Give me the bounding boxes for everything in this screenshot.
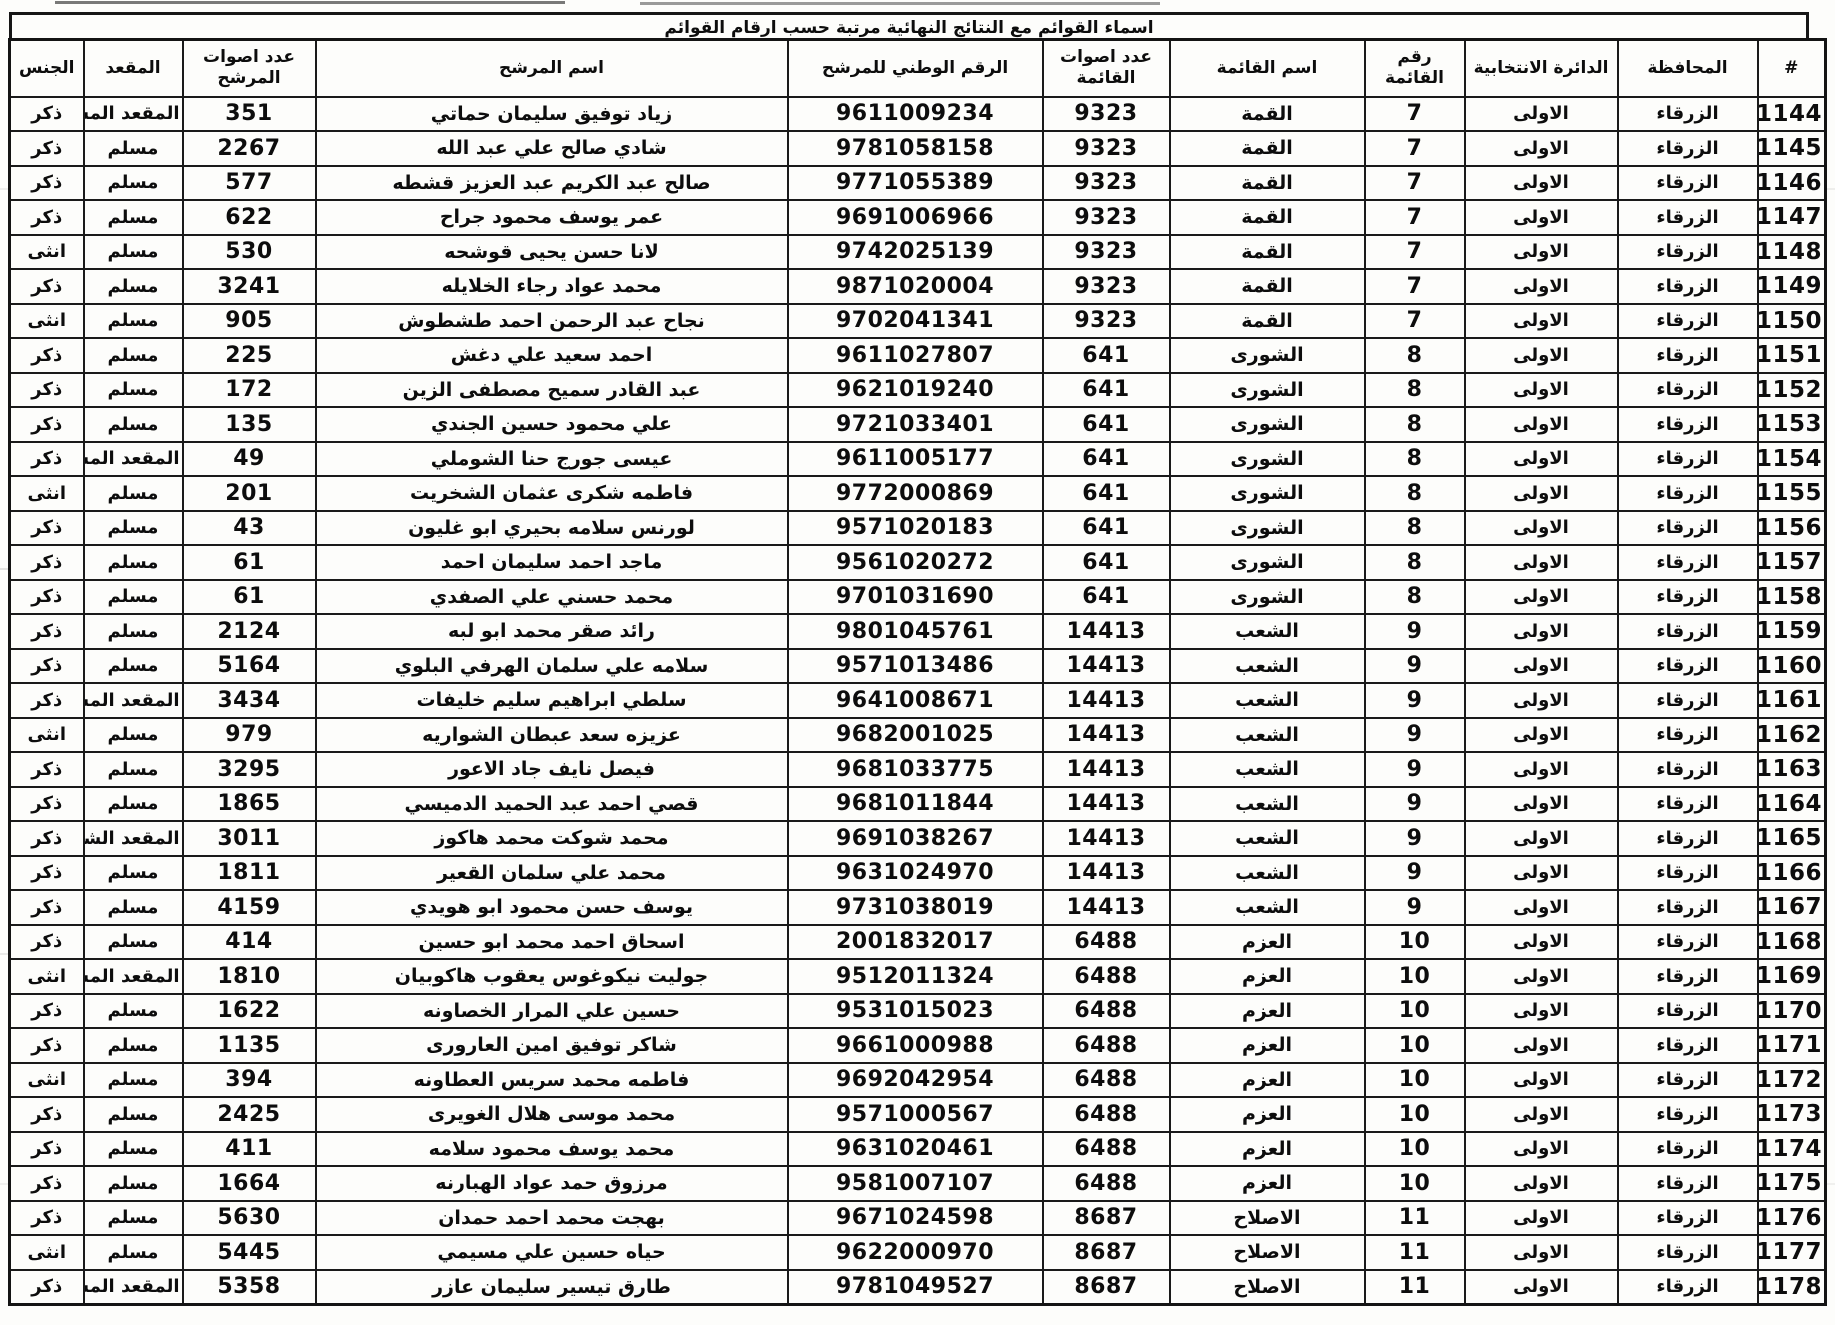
cell-nid: 9692042954 bbox=[788, 1063, 1043, 1098]
cell-seat: مسلم bbox=[84, 269, 183, 304]
cell-seat: مسلم bbox=[84, 649, 183, 684]
cell-num: 1161 bbox=[1758, 683, 1826, 718]
cell-gender: انثى bbox=[10, 959, 84, 994]
cell-seat: مسلم bbox=[84, 338, 183, 373]
cell-gov: الزرقاء bbox=[1618, 649, 1758, 684]
cell-list_no: 9 bbox=[1365, 718, 1465, 753]
cell-district: الاولى bbox=[1465, 373, 1618, 408]
cell-district: الاولى bbox=[1465, 718, 1618, 753]
cell-votes: 905 bbox=[183, 304, 316, 339]
cell-votes: 3241 bbox=[183, 269, 316, 304]
cell-num: 1172 bbox=[1758, 1063, 1826, 1098]
cell-gender: ذكر bbox=[10, 856, 84, 891]
cell-list_name: الشورى bbox=[1170, 442, 1365, 477]
cell-district: الاولى bbox=[1465, 131, 1618, 166]
cell-name: علي محمود حسين الجندي bbox=[316, 407, 788, 442]
cell-list_no: 11 bbox=[1365, 1235, 1465, 1270]
cell-seat: مسلم bbox=[84, 787, 183, 822]
table-row: 1151الزرقاءالاولى8الشورى6419611027807احم… bbox=[10, 338, 1826, 373]
cell-list_name: الشعب bbox=[1170, 752, 1365, 787]
cell-nid: 9512011324 bbox=[788, 959, 1043, 994]
cell-district: الاولى bbox=[1465, 304, 1618, 339]
cell-num: 1163 bbox=[1758, 752, 1826, 787]
cell-district: الاولى bbox=[1465, 338, 1618, 373]
cell-name: فيصل نايف جاد الاعور bbox=[316, 752, 788, 787]
cell-district: الاولى bbox=[1465, 200, 1618, 235]
cell-votes: 201 bbox=[183, 476, 316, 511]
cell-nid: 9611027807 bbox=[788, 338, 1043, 373]
cell-votes: 43 bbox=[183, 511, 316, 546]
cell-seat: مسلم bbox=[84, 545, 183, 580]
col-header-gov: المحافظة bbox=[1618, 40, 1758, 97]
cell-seat: مسلم bbox=[84, 1132, 183, 1167]
cell-num: 1164 bbox=[1758, 787, 1826, 822]
cell-votes: 3011 bbox=[183, 821, 316, 856]
cell-list_name: القمة bbox=[1170, 235, 1365, 270]
cell-gov: الزرقاء bbox=[1618, 959, 1758, 994]
cell-district: الاولى bbox=[1465, 787, 1618, 822]
cell-nid: 9561020272 bbox=[788, 545, 1043, 580]
cell-gender: ذكر bbox=[10, 442, 84, 477]
cell-district: الاولى bbox=[1465, 890, 1618, 925]
table-body: 1144الزرقاءالاولى7القمة93239611009234زيا… bbox=[10, 97, 1826, 1305]
cell-list_name: القمة bbox=[1170, 304, 1365, 339]
cell-list_name: القمة bbox=[1170, 269, 1365, 304]
cell-gov: الزرقاء bbox=[1618, 683, 1758, 718]
cell-list_name: القمة bbox=[1170, 166, 1365, 201]
cell-num: 1160 bbox=[1758, 649, 1826, 684]
cell-votes: 394 bbox=[183, 1063, 316, 1098]
cell-list_votes: 641 bbox=[1043, 338, 1170, 373]
cell-seat: مسلم bbox=[84, 890, 183, 925]
cell-list_votes: 6488 bbox=[1043, 925, 1170, 960]
cell-list_name: الشورى bbox=[1170, 580, 1365, 615]
cell-district: الاولى bbox=[1465, 1132, 1618, 1167]
cell-list_no: 10 bbox=[1365, 1097, 1465, 1132]
cell-list_no: 9 bbox=[1365, 890, 1465, 925]
cell-name: شاكر توفيق امين العارورى bbox=[316, 1028, 788, 1063]
cell-list_votes: 9323 bbox=[1043, 200, 1170, 235]
cell-district: الاولى bbox=[1465, 442, 1618, 477]
cell-gender: ذكر bbox=[10, 407, 84, 442]
cell-list_votes: 6488 bbox=[1043, 959, 1170, 994]
cell-list_votes: 14413 bbox=[1043, 821, 1170, 856]
table-row: 1157الزرقاءالاولى8الشورى6419561020272ماج… bbox=[10, 545, 1826, 580]
cell-list_votes: 6488 bbox=[1043, 1166, 1170, 1201]
cell-list_no: 10 bbox=[1365, 925, 1465, 960]
cell-list_name: الشعب bbox=[1170, 787, 1365, 822]
table-row: 1169الزرقاءالاولى10العزم64889512011324جو… bbox=[10, 959, 1826, 994]
cell-votes: 172 bbox=[183, 373, 316, 408]
cell-seat: مسلم bbox=[84, 1166, 183, 1201]
cell-district: الاولى bbox=[1465, 166, 1618, 201]
cell-gov: الزرقاء bbox=[1618, 1235, 1758, 1270]
cell-name: عبد القادر سميح مصطفى الزين bbox=[316, 373, 788, 408]
cell-list_no: 10 bbox=[1365, 959, 1465, 994]
cell-district: الاولى bbox=[1465, 1097, 1618, 1132]
cell-list_name: الشعب bbox=[1170, 614, 1365, 649]
cell-district: الاولى bbox=[1465, 580, 1618, 615]
cell-gender: انثى bbox=[10, 718, 84, 753]
cell-num: 1173 bbox=[1758, 1097, 1826, 1132]
cell-list_no: 9 bbox=[1365, 787, 1465, 822]
table-row: 1177الزرقاءالاولى11الاصلاح86879622000970… bbox=[10, 1235, 1826, 1270]
cell-gov: الزرقاء bbox=[1618, 476, 1758, 511]
cell-list_no: 9 bbox=[1365, 856, 1465, 891]
cell-name: جوليت نيكوغوس يعقوب هاكوبيان bbox=[316, 959, 788, 994]
cell-list_name: العزم bbox=[1170, 1063, 1365, 1098]
cell-gov: الزرقاء bbox=[1618, 442, 1758, 477]
cell-list_name: الاصلاح bbox=[1170, 1235, 1365, 1270]
cell-district: الاولى bbox=[1465, 1270, 1618, 1305]
cell-list_no: 8 bbox=[1365, 373, 1465, 408]
cell-list_name: الشورى bbox=[1170, 511, 1365, 546]
cell-list_name: العزم bbox=[1170, 1028, 1365, 1063]
cell-num: 1168 bbox=[1758, 925, 1826, 960]
cell-votes: 49 bbox=[183, 442, 316, 477]
cell-nid: 2001832017 bbox=[788, 925, 1043, 960]
cell-seat: مسلم bbox=[84, 718, 183, 753]
cell-list_name: العزم bbox=[1170, 1097, 1365, 1132]
cell-list_votes: 9323 bbox=[1043, 131, 1170, 166]
cell-list_votes: 6488 bbox=[1043, 994, 1170, 1029]
table-row: 1162الزرقاءالاولى9الشعب144139682001025عز… bbox=[10, 718, 1826, 753]
cell-name: محمد حسني علي الصفدي bbox=[316, 580, 788, 615]
cell-seat: مسلم bbox=[84, 580, 183, 615]
cell-name: ماجد احمد سليمان احمد bbox=[316, 545, 788, 580]
cell-gov: الزرقاء bbox=[1618, 614, 1758, 649]
cell-list_no: 9 bbox=[1365, 821, 1465, 856]
table-row: 1149الزرقاءالاولى7القمة93239871020004محم… bbox=[10, 269, 1826, 304]
cell-votes: 5445 bbox=[183, 1235, 316, 1270]
cell-nid: 9702041341 bbox=[788, 304, 1043, 339]
cell-votes: 577 bbox=[183, 166, 316, 201]
cell-gender: ذكر bbox=[10, 269, 84, 304]
cell-list_votes: 6488 bbox=[1043, 1063, 1170, 1098]
table-row: 1168الزرقاءالاولى10العزم64882001832017اس… bbox=[10, 925, 1826, 960]
cell-votes: 61 bbox=[183, 580, 316, 615]
cell-list_no: 8 bbox=[1365, 476, 1465, 511]
cell-list_votes: 14413 bbox=[1043, 787, 1170, 822]
cell-votes: 2425 bbox=[183, 1097, 316, 1132]
cell-gov: الزرقاء bbox=[1618, 718, 1758, 753]
cell-nid: 9622000970 bbox=[788, 1235, 1043, 1270]
table-row: 1178الزرقاءالاولى11الاصلاح86879781049527… bbox=[10, 1270, 1826, 1305]
table-row: 1176الزرقاءالاولى11الاصلاح86879671024598… bbox=[10, 1201, 1826, 1236]
cell-list_no: 7 bbox=[1365, 304, 1465, 339]
cell-seat: مسلم bbox=[84, 856, 183, 891]
cell-gender: ذكر bbox=[10, 1132, 84, 1167]
col-header-list_name: اسم القائمة bbox=[1170, 40, 1365, 97]
cell-num: 1149 bbox=[1758, 269, 1826, 304]
cell-seat: مسلم bbox=[84, 1097, 183, 1132]
cell-gov: الزرقاء bbox=[1618, 752, 1758, 787]
cell-list_name: العزم bbox=[1170, 1166, 1365, 1201]
cell-votes: 5164 bbox=[183, 649, 316, 684]
cell-list_name: الشعب bbox=[1170, 683, 1365, 718]
cell-nid: 9691006966 bbox=[788, 200, 1043, 235]
cell-seat: مسلم bbox=[84, 200, 183, 235]
cell-list_votes: 8687 bbox=[1043, 1235, 1170, 1270]
cell-list_name: الشعب bbox=[1170, 856, 1365, 891]
cell-gender: ذكر bbox=[10, 821, 84, 856]
cell-gender: ذكر bbox=[10, 580, 84, 615]
cell-nid: 9771055389 bbox=[788, 166, 1043, 201]
cell-votes: 2267 bbox=[183, 131, 316, 166]
cell-district: الاولى bbox=[1465, 511, 1618, 546]
cell-list_name: الشورى bbox=[1170, 545, 1365, 580]
cell-gender: ذكر bbox=[10, 649, 84, 684]
cell-name: حياه حسين علي مسيمي bbox=[316, 1235, 788, 1270]
cell-list_name: القمة bbox=[1170, 97, 1365, 132]
cell-seat: مسلم bbox=[84, 131, 183, 166]
cell-list_no: 8 bbox=[1365, 545, 1465, 580]
cell-name: زياد توفيق سليمان حماتي bbox=[316, 97, 788, 132]
cell-list_no: 9 bbox=[1365, 649, 1465, 684]
table-row: 1145الزرقاءالاولى7القمة93239781058158شاد… bbox=[10, 131, 1826, 166]
cell-list_votes: 14413 bbox=[1043, 718, 1170, 753]
cell-num: 1166 bbox=[1758, 856, 1826, 891]
cell-district: الاولى bbox=[1465, 1063, 1618, 1098]
table-row: 1167الزرقاءالاولى9الشعب144139731038019يو… bbox=[10, 890, 1826, 925]
cell-nid: 9781058158 bbox=[788, 131, 1043, 166]
cell-list_votes: 641 bbox=[1043, 580, 1170, 615]
cell-num: 1165 bbox=[1758, 821, 1826, 856]
cell-seat: مسلم bbox=[84, 1201, 183, 1236]
cell-district: الاولى bbox=[1465, 994, 1618, 1029]
cell-list_no: 7 bbox=[1365, 200, 1465, 235]
table-row: 1159الزرقاءالاولى9الشعب144139801045761را… bbox=[10, 614, 1826, 649]
cell-name: عمر يوسف محمود جراح bbox=[316, 200, 788, 235]
cell-list_no: 9 bbox=[1365, 752, 1465, 787]
cell-seat: مسلم bbox=[84, 1235, 183, 1270]
cell-num: 1145 bbox=[1758, 131, 1826, 166]
cell-district: الاولى bbox=[1465, 235, 1618, 270]
cell-nid: 9681033775 bbox=[788, 752, 1043, 787]
cell-list_votes: 14413 bbox=[1043, 614, 1170, 649]
table-header: #المحافظةالدائرة الانتخابيةرقم القائمةاس… bbox=[10, 40, 1826, 97]
table-row: 1160الزرقاءالاولى9الشعب144139571013486سل… bbox=[10, 649, 1826, 684]
table-row: 1146الزرقاءالاولى7القمة93239771055389صال… bbox=[10, 166, 1826, 201]
table-row: 1171الزرقاءالاولى10العزم64889661000988شا… bbox=[10, 1028, 1826, 1063]
cell-list_no: 8 bbox=[1365, 511, 1465, 546]
cell-list_votes: 641 bbox=[1043, 511, 1170, 546]
cell-num: 1167 bbox=[1758, 890, 1826, 925]
cell-list_name: الشعب bbox=[1170, 718, 1365, 753]
cell-votes: 1865 bbox=[183, 787, 316, 822]
cell-num: 1159 bbox=[1758, 614, 1826, 649]
cell-name: يوسف حسن محمود ابو هويدي bbox=[316, 890, 788, 925]
cell-seat: المقعد المسيحي bbox=[84, 959, 183, 994]
cell-list_name: الاصلاح bbox=[1170, 1270, 1365, 1305]
cell-num: 1162 bbox=[1758, 718, 1826, 753]
table-row: 1173الزرقاءالاولى10العزم64889571000567مح… bbox=[10, 1097, 1826, 1132]
cell-nid: 9721033401 bbox=[788, 407, 1043, 442]
cell-list_name: الشورى bbox=[1170, 373, 1365, 408]
cell-votes: 414 bbox=[183, 925, 316, 960]
table-row: 1170الزرقاءالاولى10العزم64889531015023حس… bbox=[10, 994, 1826, 1029]
cell-seat: المقعد الشركسي bbox=[84, 821, 183, 856]
cell-nid: 9621019240 bbox=[788, 373, 1043, 408]
cell-gov: الزرقاء bbox=[1618, 407, 1758, 442]
cell-name: نجاح عبد الرحمن احمد طشطوش bbox=[316, 304, 788, 339]
cell-votes: 622 bbox=[183, 200, 316, 235]
cell-num: 1155 bbox=[1758, 476, 1826, 511]
cell-votes: 1135 bbox=[183, 1028, 316, 1063]
cell-nid: 9571013486 bbox=[788, 649, 1043, 684]
cell-list_name: القمة bbox=[1170, 200, 1365, 235]
cell-gender: انثى bbox=[10, 1063, 84, 1098]
cell-num: 1170 bbox=[1758, 994, 1826, 1029]
cell-name: بهجت محمد احمد حمدان bbox=[316, 1201, 788, 1236]
header-row: #المحافظةالدائرة الانتخابيةرقم القائمةاس… bbox=[10, 40, 1826, 97]
cell-gender: ذكر bbox=[10, 752, 84, 787]
cell-gov: الزرقاء bbox=[1618, 890, 1758, 925]
cell-district: الاولى bbox=[1465, 614, 1618, 649]
cell-num: 1154 bbox=[1758, 442, 1826, 477]
cell-gov: الزرقاء bbox=[1618, 373, 1758, 408]
cell-list_no: 10 bbox=[1365, 1063, 1465, 1098]
cell-name: طارق تيسير سليمان عازر bbox=[316, 1270, 788, 1305]
cell-gender: ذكر bbox=[10, 1270, 84, 1305]
cell-num: 1144 bbox=[1758, 97, 1826, 132]
cell-name: قصي احمد عبد الحميد الدميسي bbox=[316, 787, 788, 822]
cell-gov: الزرقاء bbox=[1618, 994, 1758, 1029]
cell-num: 1174 bbox=[1758, 1132, 1826, 1167]
cell-gender: ذكر bbox=[10, 373, 84, 408]
cell-nid: 9801045761 bbox=[788, 614, 1043, 649]
cell-gender: ذكر bbox=[10, 200, 84, 235]
cell-list_votes: 641 bbox=[1043, 442, 1170, 477]
cell-gov: الزرقاء bbox=[1618, 1201, 1758, 1236]
cell-nid: 9531015023 bbox=[788, 994, 1043, 1029]
cell-list_no: 10 bbox=[1365, 994, 1465, 1029]
cell-gender: ذكر bbox=[10, 994, 84, 1029]
cell-list_name: الشعب bbox=[1170, 649, 1365, 684]
scan-artifact-line bbox=[640, 2, 1160, 5]
cell-gender: ذكر bbox=[10, 787, 84, 822]
cell-num: 1169 bbox=[1758, 959, 1826, 994]
cell-votes: 1811 bbox=[183, 856, 316, 891]
cell-gender: ذكر bbox=[10, 1166, 84, 1201]
cell-seat: مسلم bbox=[84, 166, 183, 201]
cell-votes: 5630 bbox=[183, 1201, 316, 1236]
cell-list_votes: 641 bbox=[1043, 407, 1170, 442]
table-row: 1144الزرقاءالاولى7القمة93239611009234زيا… bbox=[10, 97, 1826, 132]
cell-list_name: العزم bbox=[1170, 994, 1365, 1029]
cell-gender: ذكر bbox=[10, 511, 84, 546]
cell-nid: 9631024970 bbox=[788, 856, 1043, 891]
cell-district: الاولى bbox=[1465, 476, 1618, 511]
cell-nid: 9682001025 bbox=[788, 718, 1043, 753]
cell-list_votes: 14413 bbox=[1043, 890, 1170, 925]
cell-name: لورنس سلامه بحيري ابو غليون bbox=[316, 511, 788, 546]
cell-list_name: الاصلاح bbox=[1170, 1201, 1365, 1236]
cell-name: محمد يوسف محمود سلامه bbox=[316, 1132, 788, 1167]
cell-list_votes: 14413 bbox=[1043, 649, 1170, 684]
cell-list_no: 11 bbox=[1365, 1201, 1465, 1236]
cell-list_no: 7 bbox=[1365, 97, 1465, 132]
cell-votes: 61 bbox=[183, 545, 316, 580]
cell-seat: مسلم bbox=[84, 1028, 183, 1063]
cell-district: الاولى bbox=[1465, 1166, 1618, 1201]
col-header-name: اسم المرشح bbox=[316, 40, 788, 97]
cell-nid: 9731038019 bbox=[788, 890, 1043, 925]
cell-name: لانا حسن يحيى قوشحه bbox=[316, 235, 788, 270]
cell-nid: 9691038267 bbox=[788, 821, 1043, 856]
cell-gov: الزرقاء bbox=[1618, 131, 1758, 166]
cell-list_votes: 9323 bbox=[1043, 166, 1170, 201]
cell-list_no: 8 bbox=[1365, 338, 1465, 373]
cell-list_no: 10 bbox=[1365, 1166, 1465, 1201]
cell-nid: 9701031690 bbox=[788, 580, 1043, 615]
cell-seat: مسلم bbox=[84, 511, 183, 546]
table-row: 1172الزرقاءالاولى10العزم64889692042954فا… bbox=[10, 1063, 1826, 1098]
cell-gender: ذكر bbox=[10, 1028, 84, 1063]
cell-seat: مسلم bbox=[84, 614, 183, 649]
cell-gov: الزرقاء bbox=[1618, 1097, 1758, 1132]
cell-name: صالح عبد الكريم عبد العزيز قشطه bbox=[316, 166, 788, 201]
col-header-num: # bbox=[1758, 40, 1826, 97]
cell-list_name: العزم bbox=[1170, 959, 1365, 994]
cell-gender: انثى bbox=[10, 1235, 84, 1270]
cell-list_votes: 641 bbox=[1043, 545, 1170, 580]
cell-gov: الزرقاء bbox=[1618, 787, 1758, 822]
cell-list_no: 8 bbox=[1365, 580, 1465, 615]
col-header-seat: المقعد bbox=[84, 40, 183, 97]
cell-gov: الزرقاء bbox=[1618, 200, 1758, 235]
cell-num: 1176 bbox=[1758, 1201, 1826, 1236]
cell-num: 1146 bbox=[1758, 166, 1826, 201]
cell-num: 1171 bbox=[1758, 1028, 1826, 1063]
cell-gov: الزرقاء bbox=[1618, 580, 1758, 615]
cell-list_votes: 641 bbox=[1043, 373, 1170, 408]
table-row: 1150الزرقاءالاولى7القمة93239702041341نجا… bbox=[10, 304, 1826, 339]
cell-nid: 9631020461 bbox=[788, 1132, 1043, 1167]
cell-num: 1177 bbox=[1758, 1235, 1826, 1270]
cell-district: الاولى bbox=[1465, 925, 1618, 960]
cell-gender: ذكر bbox=[10, 614, 84, 649]
cell-list_name: الشورى bbox=[1170, 407, 1365, 442]
cell-district: الاولى bbox=[1465, 821, 1618, 856]
cell-num: 1152 bbox=[1758, 373, 1826, 408]
cell-gov: الزرقاء bbox=[1618, 1028, 1758, 1063]
cell-votes: 530 bbox=[183, 235, 316, 270]
table-row: 1156الزرقاءالاولى8الشورى6419571020183لور… bbox=[10, 511, 1826, 546]
cell-gender: ذكر bbox=[10, 131, 84, 166]
cell-name: سلطي ابراهيم سليم خليفات bbox=[316, 683, 788, 718]
cell-seat: مسلم bbox=[84, 476, 183, 511]
cell-nid: 9781049527 bbox=[788, 1270, 1043, 1305]
table-row: 1158الزرقاءالاولى8الشورى6419701031690محم… bbox=[10, 580, 1826, 615]
cell-nid: 9772000869 bbox=[788, 476, 1043, 511]
cell-name: محمد شوكت محمد هاكوز bbox=[316, 821, 788, 856]
cell-nid: 9671024598 bbox=[788, 1201, 1043, 1236]
cell-name: فاطمه شكرى عثمان الشخريت bbox=[316, 476, 788, 511]
cell-gender: ذكر bbox=[10, 97, 84, 132]
table-row: 1147الزرقاءالاولى7القمة93239691006966عمر… bbox=[10, 200, 1826, 235]
cell-name: احمد سعيد علي دغش bbox=[316, 338, 788, 373]
cell-district: الاولى bbox=[1465, 1235, 1618, 1270]
cell-gov: الزرقاء bbox=[1618, 269, 1758, 304]
cell-list_no: 9 bbox=[1365, 614, 1465, 649]
cell-votes: 1810 bbox=[183, 959, 316, 994]
cell-list_name: العزم bbox=[1170, 925, 1365, 960]
cell-name: حسين علي المرار الخصاونه bbox=[316, 994, 788, 1029]
cell-votes: 3434 bbox=[183, 683, 316, 718]
cell-district: الاولى bbox=[1465, 545, 1618, 580]
page-title: اسماء القوائم مع النتائج النهائية مرتبة … bbox=[9, 12, 1809, 41]
